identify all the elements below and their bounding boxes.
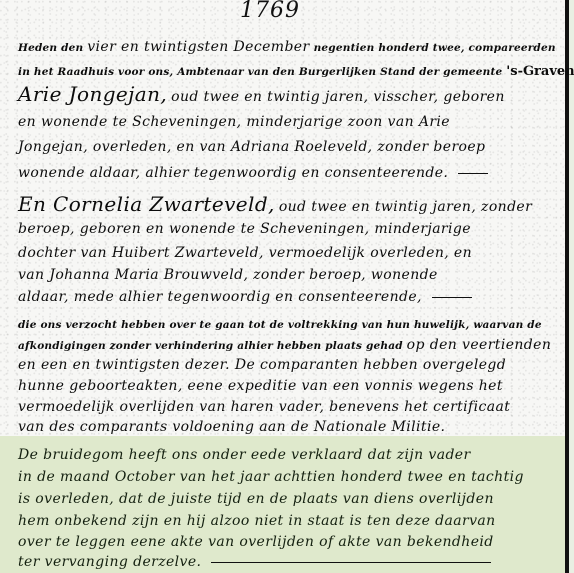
handwritten-text: aldaar, mede alhier tegenwoordig en cons… — [18, 289, 422, 305]
record-line-13: afkondigingen zonder verhindering alhier… — [18, 336, 558, 354]
annotation-line-4: hem onbekend zijn en hij alzoo niet in s… — [18, 512, 558, 530]
bride-name: En Cornelia Zwarteveld, — [18, 192, 275, 216]
handwritten-text: in de maand October van het jaar achttie… — [18, 469, 524, 485]
year-annotation: 1769 — [240, 0, 300, 23]
handwritten-text: dochter van Huibert Zwarteveld, vermoede… — [18, 245, 472, 261]
handwritten-text: hem onbekend zijn en hij alzoo niet in s… — [18, 513, 496, 529]
record-line-3: Arie Jongejan, oud twee en twintig jaren… — [18, 82, 558, 106]
record-line-8: beroep, geboren en wonende te Schevening… — [18, 220, 558, 238]
record-line-2: in het Raadhuis voor ons, Ambtenaar van … — [18, 62, 558, 80]
printed-text: Heden den — [18, 42, 87, 54]
handwritten-text: Jongejan, overleden, en van Adriana Roel… — [18, 139, 485, 155]
handwritten-text: van des comparants voldoening aan de Nat… — [18, 419, 445, 435]
handwritten-text: De bruidegom heeft ons onder eede verkla… — [18, 447, 471, 463]
handwritten-text: wonende aldaar, alhier tegenwoordig en c… — [18, 165, 448, 181]
annotation-line-3: is overleden, dat de juiste tijd en de p… — [18, 490, 558, 508]
record-line-7: En Cornelia Zwarteveld, oud twee en twin… — [18, 192, 558, 216]
printed-text: negentien honderd twee, compareerden — [314, 42, 556, 54]
municipality-name: 's-Gravenhage, — [506, 64, 574, 79]
printed-text: afkondigingen zonder verhindering alhier… — [18, 340, 407, 352]
record-line-17: van des comparants voldoening aan de Nat… — [18, 418, 558, 436]
annotation-line-6: ter vervanging derzelve. — [18, 553, 558, 571]
document-page: 1769 Heden den vier en twintigsten Decem… — [0, 0, 574, 573]
handwritten-text: en een en twintigsten dezer. De comparan… — [18, 357, 506, 373]
record-line-10: van Johanna Maria Brouwveld, zonder bero… — [18, 266, 558, 284]
handwritten-text: ter vervanging derzelve. — [18, 554, 201, 570]
printed-text: die ons verzocht hebben over te gaan tot… — [18, 319, 542, 331]
groom-name: Arie Jongejan, — [18, 82, 167, 106]
record-line-12: die ons verzocht hebben over te gaan tot… — [18, 315, 558, 333]
handwritten-text: van Johanna Maria Brouwveld, zonder bero… — [18, 267, 438, 283]
handwritten-text: en wonende te Scheveningen, minderjarige… — [18, 114, 450, 130]
handwritten-text: op den veertienden — [407, 337, 552, 353]
handwritten-text: hunne geboorteakten, eene expeditie van … — [18, 378, 503, 394]
record-line-16: vermoedelijk overlijden van haren vader,… — [18, 398, 558, 416]
annotation-line-5: over te leggen eene akte van overlijden … — [18, 533, 558, 551]
record-line-1: Heden den vier en twintigsten December n… — [18, 38, 558, 56]
printed-text: in het Raadhuis voor ons, Ambtenaar van … — [18, 66, 506, 78]
handwritten-text: is overleden, dat de juiste tijd en de p… — [18, 491, 494, 507]
record-line-6: wonende aldaar, alhier tegenwoordig en c… — [18, 164, 558, 182]
filler-dash — [211, 562, 491, 563]
annotation-line-2: in de maand October van het jaar achttie… — [18, 468, 558, 486]
handwritten-text: oud twee en twintig jaren, zonder — [279, 199, 532, 215]
record-line-9: dochter van Huibert Zwarteveld, vermoede… — [18, 244, 558, 262]
record-line-11: aldaar, mede alhier tegenwoordig en cons… — [18, 288, 558, 306]
filler-dash — [458, 173, 488, 174]
page-edge — [569, 0, 574, 573]
handwritten-text: vier en twintigsten December — [87, 39, 309, 55]
record-line-4: en wonende te Scheveningen, minderjarige… — [18, 113, 558, 131]
record-line-14: en een en twintigsten dezer. De comparan… — [18, 356, 558, 374]
handwritten-text: beroep, geboren en wonende te Schevening… — [18, 221, 471, 237]
record-line-15: hunne geboorteakten, eene expeditie van … — [18, 377, 558, 395]
handwritten-text: vermoedelijk overlijden van haren vader,… — [18, 399, 510, 415]
annotation-line-1: De bruidegom heeft ons onder eede verkla… — [18, 446, 558, 464]
handwritten-text: over te leggen eene akte van overlijden … — [18, 534, 494, 550]
filler-dash — [432, 297, 472, 298]
record-line-5: Jongejan, overleden, en van Adriana Roel… — [18, 138, 558, 156]
handwritten-text: oud twee en twintig jaren, visscher, geb… — [171, 89, 505, 105]
